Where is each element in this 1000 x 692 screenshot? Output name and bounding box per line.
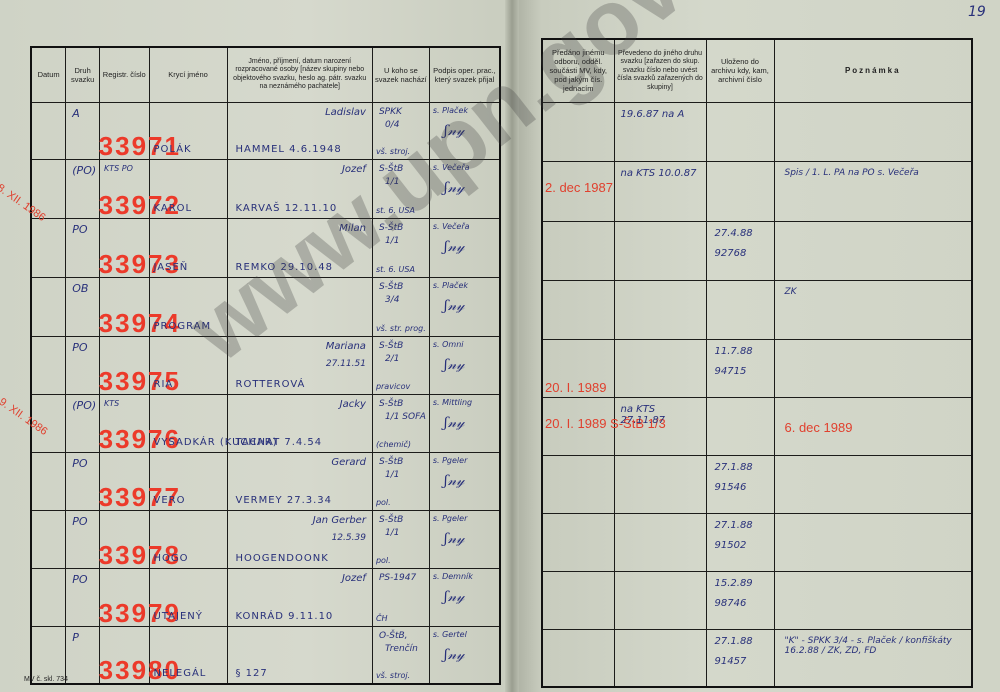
u-koho-place: (chemič) [376,440,411,449]
poznamka-value: Spis / 1. L. PA na PO s. Večeřa [785,168,965,178]
table-row: 20. I. 1989 S-ŠtB 1/3na KTS 27.11.876. d… [542,397,972,455]
jmeno-surname-dob: HAMMEL 4.6.1948 [236,144,342,155]
cell-podpis: s. Pgelerʃ𝓃𝓎 [429,510,500,568]
signature: ʃ𝓃𝓎 [444,298,465,314]
jmeno-surname-dob: HOOGENDOONK [236,553,329,564]
cell-u-koho: SPKK0/4vš. stroj. [372,102,429,159]
table-row: 27.1.8891502 [542,513,972,571]
druh-value: A [72,107,80,120]
table-row: OB33974PROGRAMS-ŠtB3/4vš. str. prog.s. P… [31,277,500,336]
jmeno-first: Jacky [340,399,366,410]
cell-predano [542,513,614,571]
u-koho-place: pol. [376,498,391,507]
cell-podpis: s. Omniʃ𝓃𝓎 [429,336,500,394]
cell-poznamka [774,339,972,397]
u-koho-unit: O-ŠtB, [379,631,408,641]
table-row: 27.4.8892768 [542,221,972,280]
table-row: PO33973JASEŇMilanREMKO 29.10.48S-ŠtB1/1s… [31,218,500,277]
u-koho-unit: S-ŠtB [379,282,403,292]
header-datum: Datum [31,47,66,102]
cell-poznamka [774,571,972,629]
cell-ulozeno [706,161,774,221]
podpis-officer: s. Večeřa [433,222,470,231]
druh-value: OB [72,282,88,295]
cell-datum [31,510,66,568]
cell-jmeno: MilanREMKO 29.10.48 [227,218,372,277]
kryci-jmeno-value: VERO [154,495,186,506]
cell-kryci-jmeno: UTAJENÝ [149,568,227,626]
signature: ʃ𝓃𝓎 [444,239,465,255]
poznamka-value: "K" - SPKK 3/4 - s. Plaček / konfiškáty … [785,636,965,656]
cell-registr [99,568,149,626]
cell-druh: (PO)33976 [66,394,100,452]
cell-druh: PO33978 [66,510,100,568]
jmeno-first: Ladislav [325,107,366,118]
cell-registr: KTS [99,394,149,452]
cell-podpis: s. Demníkʃ𝓃𝓎 [429,568,500,626]
cell-predano [542,280,614,339]
cell-kryci-jmeno: VYSADKÁR (KUCHAR) [149,394,227,452]
cell-poznamka: "K" - SPKK 3/4 - s. Plaček / konfiškáty … [774,629,972,687]
cell-u-koho: S-ŠtB1/1pol. [372,452,429,510]
cell-poznamka [774,513,972,571]
cell-druh: A33971 [66,102,100,159]
u-koho-sub: 1/1 [385,528,399,538]
podpis-officer: s. Omni [433,340,464,349]
cell-kryci-jmeno: KAROL [149,159,227,218]
cell-prevedeno: 19.6.87 na A [614,102,706,161]
table-row: 27.1.8891457"K" - SPKK 3/4 - s. Plaček /… [542,629,972,687]
book-gutter [505,0,519,692]
header-registr-cislo: Registr. číslo [99,47,149,102]
archive-number: 91457 [715,656,747,667]
registr-note: KTS [104,399,119,408]
archive-date: 27.4.88 [715,228,753,239]
u-koho-place: vš. stroj. [376,147,410,156]
podpis-officer: s. Večeřa [433,163,470,172]
cell-druh: (PO)33972 [66,159,100,218]
archive-date: 27.1.88 [715,520,753,531]
jmeno-first: Jan Gerber [313,515,366,526]
cell-registr [99,452,149,510]
cell-predano [542,455,614,513]
cell-prevedeno [614,339,706,397]
cell-ulozeno: 27.4.8892768 [706,221,774,280]
u-koho-sub: 1/1 [385,470,399,480]
cell-ulozeno: 15.2.8998746 [706,571,774,629]
kryci-jmeno-value: UTAJENÝ [154,611,203,622]
podpis-officer: s. Plaček [433,281,468,290]
cell-prevedeno: na KTS 10.0.87 [614,161,706,221]
u-koho-unit: S-ŠtB [379,399,403,409]
signature: ʃ𝓃𝓎 [444,123,465,139]
cell-podpis: s. Mittlingʃ𝓃𝓎 [429,394,500,452]
u-koho-place: vš. stroj. [376,671,410,680]
jmeno-first: Gerard [331,457,366,468]
table-row: 19.6.87 na A [542,102,972,161]
u-koho-sub: Trenčín [385,644,418,654]
header-u-koho: U koho se svazek nachází [372,47,429,102]
table-row: (PO)33976KTSVYSADKÁR (KUCHAR)JackyTACHAT… [31,394,500,452]
cell-kryci-jmeno: NELEGÁL [149,626,227,684]
u-koho-sub: 2/1 [385,354,399,364]
cell-poznamka [774,102,972,161]
cell-u-koho: S-ŠtB2/1pravicov [372,336,429,394]
prevedeno-value: na KTS 27.11.87 [621,404,701,426]
header-predano: Předáno jinému odboru, odděl. součásti M… [542,39,614,102]
cell-registr [99,102,149,159]
header-jmeno: Jméno, příjmení, datum narození rozpraco… [227,47,372,102]
cell-ulozeno: 27.1.8891546 [706,455,774,513]
table-row: (PO)33972KTS POKAROLJozefKARVAŠ 12.11.10… [31,159,500,218]
cell-druh: P33980 [66,626,100,684]
cell-jmeno [227,277,372,336]
jmeno-surname-dob: REMKO 29.10.48 [236,262,334,273]
cell-prevedeno [614,455,706,513]
cell-podpis: s. Pgelerʃ𝓃𝓎 [429,452,500,510]
cell-u-koho: S-ŠtB3/4vš. str. prog. [372,277,429,336]
archive-date: 27.1.88 [715,636,753,647]
cell-kryci-jmeno: PROGRAM [149,277,227,336]
druh-value: (PO) [72,399,96,412]
table-row: 20. I. 198911.7.8894715 [542,339,972,397]
jmeno-first: Jozef [342,573,366,584]
cell-datum [31,336,66,394]
poznamka-value: ZK [785,287,965,297]
cell-datum [31,452,66,510]
cell-datum [31,218,66,277]
jmeno-first: Milan [339,223,366,234]
cell-podpis: s. Večeřaʃ𝓃𝓎 [429,159,500,218]
u-koho-place: ČH [376,614,388,623]
cell-ulozeno: 27.1.8891502 [706,513,774,571]
cell-kryci-jmeno: RIA [149,336,227,394]
cell-registr [99,277,149,336]
podpis-officer: s. Mittling [433,398,472,407]
cell-druh: PO33977 [66,452,100,510]
cell-predano [542,221,614,280]
signature: ʃ𝓃𝓎 [444,357,465,373]
jmeno-first: Jozef [342,164,366,175]
cell-kryci-jmeno: VERO [149,452,227,510]
cell-registr: KTS PO [99,159,149,218]
signature: ʃ𝓃𝓎 [444,473,465,489]
cell-predano: 20. I. 1989 [542,339,614,397]
cell-jmeno: § 127 [227,626,372,684]
archive-number: 91502 [715,540,747,551]
predano-value: 2. dec 1987 [545,180,613,195]
cell-poznamka: 6. dec 1989 [774,397,972,455]
cell-predano [542,629,614,687]
register-table-right: Předáno jinému odboru, odděl. součásti M… [541,38,973,688]
podpis-officer: s. Plaček [433,106,468,115]
cell-u-koho: S-ŠtB1/1pol. [372,510,429,568]
jmeno-surname-dob: § 127 [236,668,268,679]
archive-date: 11.7.88 [715,346,753,357]
table-row: PO33978HOGOJan Gerber12.5.39HOOGENDOONKS… [31,510,500,568]
druh-value: PO [72,341,87,354]
kryci-jmeno-value: POLÁK [154,144,192,155]
archive-number: 98746 [715,598,747,609]
cell-ulozeno [706,280,774,339]
header-druh-svazku: Druh svazku [66,47,100,102]
u-koho-unit: S-ŠtB [379,164,403,174]
cell-u-koho: S-ŠtB1/1st. 6. USA [372,159,429,218]
cell-prevedeno [614,221,706,280]
predano-value: 20. I. 1989 [545,380,606,395]
cell-u-koho: PS-1947ČH [372,568,429,626]
druh-value: PO [72,573,87,586]
cell-prevedeno [614,629,706,687]
cell-predano [542,571,614,629]
cell-jmeno: Mariana27.11.51ROTTEROVÁ [227,336,372,394]
podpis-officer: s. Gertel [433,630,467,639]
u-koho-unit: S-ŠtB [379,223,403,233]
druh-value: (PO) [72,164,96,177]
cell-druh: PO33975 [66,336,100,394]
cell-jmeno: JackyTACHAT 7.4.54 [227,394,372,452]
cell-predano [542,102,614,161]
u-koho-sub: 1/1 SOFA [385,412,426,422]
cell-ulozeno [706,397,774,455]
cell-jmeno: JozefKONRÁD 9.11.10 [227,568,372,626]
table-row: PO33977VEROGerardVERMEY 27.3.34S-ŠtB1/1p… [31,452,500,510]
cell-podpis: s. Plačekʃ𝓃𝓎 [429,277,500,336]
podpis-officer: s. Pgeler [433,456,468,465]
druh-value: PO [72,457,87,470]
signature: ʃ𝓃𝓎 [444,415,465,431]
kryci-jmeno-value: RIA [154,379,174,390]
cell-datum [31,568,66,626]
u-koho-unit: SPKK [379,107,402,117]
registr-note: KTS PO [104,164,133,173]
cell-ulozeno: 27.1.8891457 [706,629,774,687]
u-koho-place: vš. str. prog. [376,324,426,333]
signature: ʃ𝓃𝓎 [444,647,465,663]
druh-value: P [72,631,79,644]
cell-podpis: s. Gertelʃ𝓃𝓎 [429,626,500,684]
signature: ʃ𝓃𝓎 [444,180,465,196]
kryci-jmeno-value: PROGRAM [154,321,212,332]
druh-value: PO [72,223,87,236]
cell-prevedeno [614,513,706,571]
header-ulozeno: Uloženo do archivu kdy, kam, archivní čí… [706,39,774,102]
cell-poznamka [774,221,972,280]
header-prevedeno: Převedeno do jiného druhu svazku [zařaze… [614,39,706,102]
u-koho-sub: 3/4 [385,295,399,305]
cell-kryci-jmeno: HOGO [149,510,227,568]
cell-predano: 2. dec 1987 [542,161,614,221]
cell-podpis: s. Plačekʃ𝓃𝓎 [429,102,500,159]
cell-podpis: s. Večeřaʃ𝓃𝓎 [429,218,500,277]
page-number: 19 [968,4,986,20]
header-podpis: Podpis oper. prac., který svazek přijal [429,47,500,102]
u-koho-unit: S-ŠtB [379,341,403,351]
cell-ulozeno: 11.7.8894715 [706,339,774,397]
cell-registr [99,626,149,684]
cell-datum [31,277,66,336]
u-koho-place: st. 6. USA [376,265,415,274]
archive-number: 94715 [715,366,747,377]
jmeno-first: Mariana [326,341,366,352]
cell-jmeno: LadislavHAMMEL 4.6.1948 [227,102,372,159]
cell-jmeno: GerardVERMEY 27.3.34 [227,452,372,510]
kryci-jmeno-value: KAROL [154,203,193,214]
jmeno-surname-dob: KARVAŠ 12.11.10 [236,203,338,214]
jmeno-surname-dob: VERMEY 27.3.34 [236,495,333,506]
jmeno-surname-dob: TACHAT 7.4.54 [236,437,323,448]
register-table-left: Datum Druh svazku Registr. číslo Krycí j… [30,46,501,685]
archive-number: 92768 [715,248,747,259]
cell-prevedeno: na KTS 27.11.87 [614,397,706,455]
u-koho-place: st. 6. USA [376,206,415,215]
cell-poznamka [774,455,972,513]
archive-number: 91546 [715,482,747,493]
jmeno-middle: 12.5.39 [332,533,366,543]
u-koho-unit: S-ŠtB [379,515,403,525]
u-koho-place: pol. [376,556,391,565]
podpis-officer: s. Pgeler [433,514,468,523]
archive-date: 27.1.88 [715,462,753,473]
kryci-jmeno-value: NELEGÁL [154,668,207,679]
table-row: 2. dec 1987na KTS 10.0.87Spis / 1. L. PA… [542,161,972,221]
table-row: ZK [542,280,972,339]
podpis-officer: s. Demník [433,572,473,581]
cell-registr [99,336,149,394]
prevedeno-value: na KTS 10.0.87 [621,168,701,179]
header-poznamka: Poznámka [774,39,972,102]
kryci-jmeno-value: HOGO [154,553,189,564]
jmeno-surname-dob: KONRÁD 9.11.10 [236,611,334,622]
cell-datum [31,102,66,159]
u-koho-unit: PS-1947 [379,573,416,583]
u-koho-sub: 1/1 [385,177,399,187]
cell-jmeno: Jan Gerber12.5.39HOOGENDOONK [227,510,372,568]
table-row: 15.2.8998746 [542,571,972,629]
cell-jmeno: JozefKARVAŠ 12.11.10 [227,159,372,218]
u-koho-place: pravicov [376,382,410,391]
table-row: 27.1.8891546 [542,455,972,513]
cell-registr [99,510,149,568]
table-row: PO33979UTAJENÝJozefKONRÁD 9.11.10PS-1947… [31,568,500,626]
signature: ʃ𝓃𝓎 [444,531,465,547]
poznamka-value: 6. dec 1989 [785,420,965,435]
form-code: MV č. skl. 734 [24,676,68,683]
kryci-jmeno-value: JASEŇ [154,262,189,273]
cell-prevedeno [614,571,706,629]
cell-druh: OB33974 [66,277,100,336]
cell-druh: PO33973 [66,218,100,277]
cell-kryci-jmeno: JASEŇ [149,218,227,277]
cell-poznamka: ZK [774,280,972,339]
cell-u-koho: O-ŠtB,Trenčínvš. stroj. [372,626,429,684]
cell-predano: 20. I. 1989 S-ŠtB 1/3 [542,397,614,455]
jmeno-middle: 27.11.51 [326,359,366,369]
table-row: PO33975RIAMariana27.11.51ROTTEROVÁS-ŠtB2… [31,336,500,394]
u-koho-sub: 1/1 [385,236,399,246]
prevedeno-value: 19.6.87 na A [621,109,701,120]
cell-u-koho: S-ŠtB1/1st. 6. USA [372,218,429,277]
u-koho-sub: 0/4 [385,120,399,130]
cell-druh: PO33979 [66,568,100,626]
cell-u-koho: S-ŠtB1/1 SOFA(chemič) [372,394,429,452]
signature: ʃ𝓃𝓎 [444,589,465,605]
cell-registr [99,218,149,277]
table-row: P33980NELEGÁL§ 127O-ŠtB,Trenčínvš. stroj… [31,626,500,684]
table-row: A33971POLÁKLadislavHAMMEL 4.6.1948SPKK0/… [31,102,500,159]
cell-prevedeno [614,280,706,339]
jmeno-surname-dob: ROTTEROVÁ [236,379,306,390]
cell-kryci-jmeno: POLÁK [149,102,227,159]
header-kryci-jmeno: Krycí jméno [149,47,227,102]
u-koho-unit: S-ŠtB [379,457,403,467]
druh-value: PO [72,515,87,528]
archive-date: 15.2.89 [715,578,753,589]
cell-ulozeno [706,102,774,161]
cell-poznamka: Spis / 1. L. PA na PO s. Večeřa [774,161,972,221]
